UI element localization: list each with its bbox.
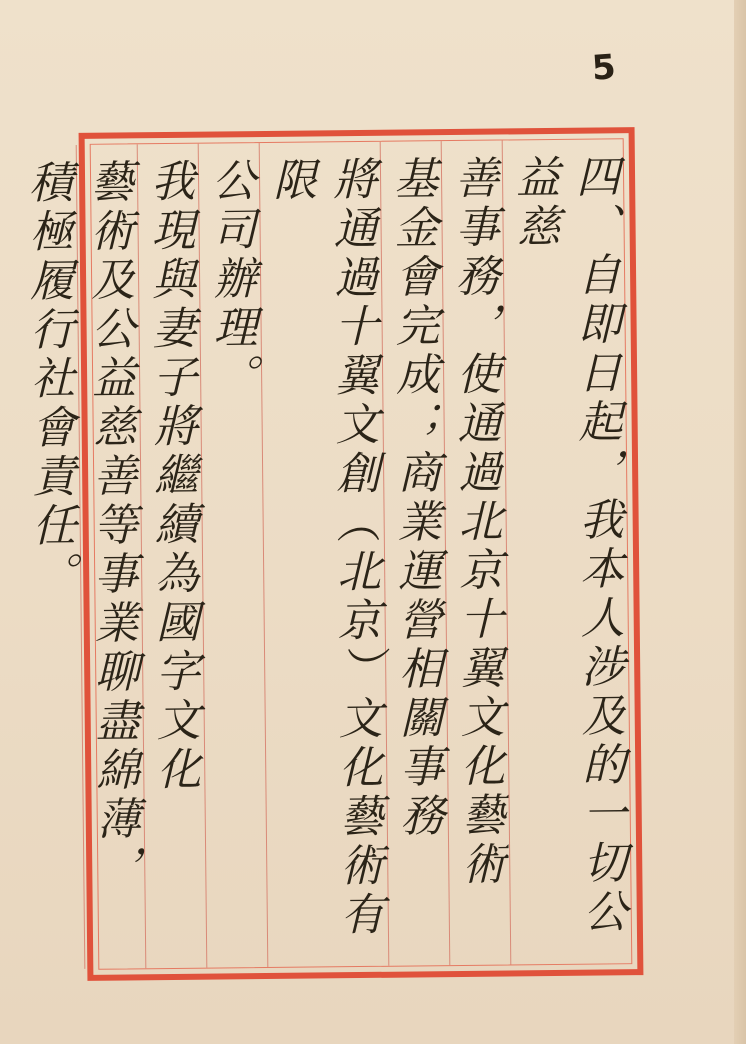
column-4: 將通過十翼文創（北京）文化藝術有限	[259, 142, 389, 967]
page-number: 5	[591, 47, 617, 89]
column-5: 公司辦理。	[198, 143, 268, 968]
column-2: 善事務，使通過北京十翼文化藝術	[441, 141, 511, 966]
column-8: 積極履行社會責任。	[16, 145, 85, 970]
column-text: 四、自即日起，我本人涉及的一切公益慈	[503, 139, 632, 964]
column-text: 藝術及公益慈善等事業聊盡綿薄，	[77, 144, 146, 969]
paper-edge	[734, 0, 746, 1044]
column-7: 藝術及公益慈善等事業聊盡綿薄，	[76, 144, 146, 969]
column-text: 將通過十翼文創（北京）文化藝術有限	[260, 142, 389, 967]
column-6: 我現與妻子將繼續為國字文化	[137, 144, 207, 969]
column-1: 四、自即日起，我本人涉及的一切公益慈	[502, 139, 632, 964]
text-columns: 四、自即日起，我本人涉及的一切公益慈 善事務，使通過北京十翼文化藝術 基金會完成…	[91, 139, 632, 969]
manuscript-frame: 四、自即日起，我本人涉及的一切公益慈 善事務，使通過北京十翼文化藝術 基金會完成…	[79, 127, 644, 981]
column-text: 我現與妻子將繼續為國字文化	[138, 144, 207, 969]
column-3: 基金會完成；商業運營相關事務	[380, 141, 450, 966]
column-text: 積極履行社會責任。	[16, 145, 85, 970]
column-text: 善事務，使通過北京十翼文化藝術	[442, 141, 511, 966]
column-text: 公司辦理。	[199, 143, 268, 968]
column-text: 基金會完成；商業運營相關事務	[381, 141, 450, 966]
